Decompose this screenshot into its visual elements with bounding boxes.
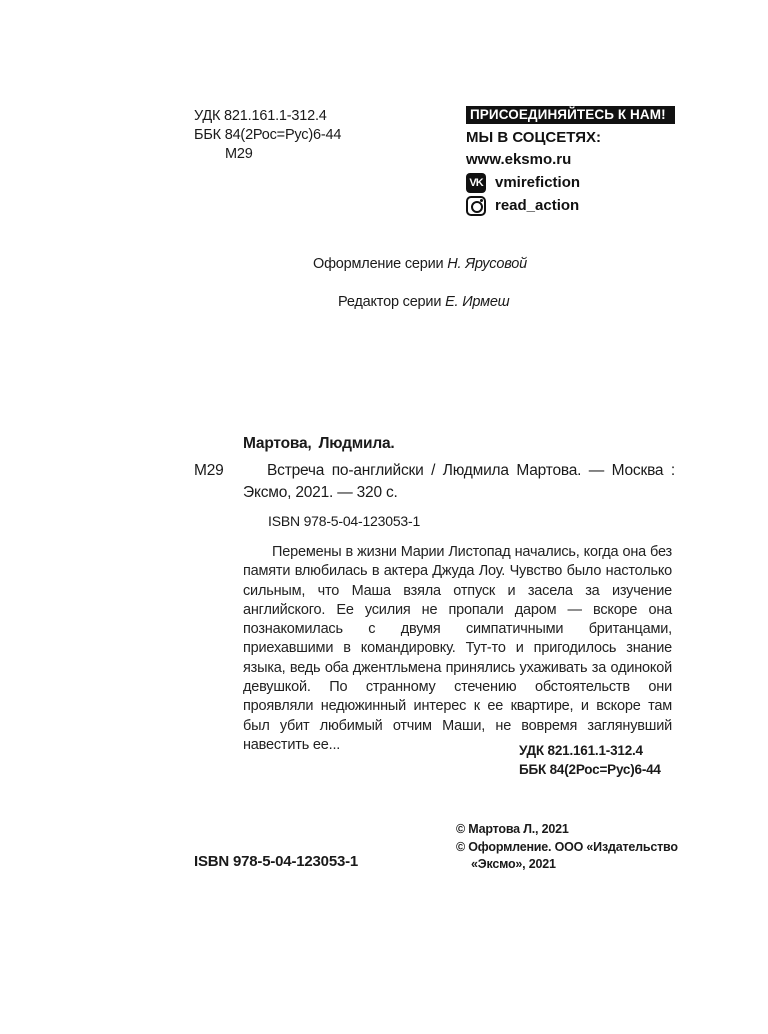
udk-code: УДК 821.161.1-312.4 [194, 107, 341, 126]
vk-icon: VK [466, 173, 486, 193]
bbk-code: ББК 84(2Рос=Рус)6-44 [194, 126, 341, 145]
series-editor-credit: Редактор серии Е. Ирмеш [338, 293, 510, 311]
series-design-credit: Оформление серии Н. Ярусовой [313, 255, 527, 273]
author-mark-bib: М29 [194, 460, 224, 482]
copyright-design: © Оформление. ООО «Издательство [456, 839, 678, 857]
bibliographic-description: Встреча по-английски / Людмила Мартова. … [243, 460, 675, 504]
social-link-instagram[interactable]: read_action [466, 194, 678, 217]
author-heading: Мартова, Людмила. [243, 434, 395, 454]
website-link[interactable]: www.eksmo.ru [466, 149, 678, 171]
design-name: Н. Ярусовой [447, 256, 527, 272]
copyright-author: © Мартова Л., 2021 [456, 821, 678, 839]
social-subtitle: МЫ В СОЦСЕТЯХ: [466, 127, 678, 149]
annotation: Перемены в жизни Марии Листопад начались… [243, 543, 672, 755]
instagram-icon [466, 196, 486, 216]
social-link-vk[interactable]: VK vmirefiction [466, 171, 678, 194]
editor-label: Редактор серии [338, 294, 441, 310]
bbk-code-bottom: ББК 84(2Рос=Рус)6-44 [519, 760, 661, 779]
classification-block-top: УДК 821.161.1-312.4 ББК 84(2Рос=Рус)6-44… [194, 107, 341, 164]
annotation-text: Перемены в жизни Марии Листопад начались… [243, 543, 672, 755]
instagram-handle[interactable]: read_action [495, 195, 579, 217]
vk-handle[interactable]: vmirefiction [495, 172, 580, 194]
udk-code-bottom: УДК 821.161.1-312.4 [519, 741, 661, 760]
classification-block-bottom: УДК 821.161.1-312.4 ББК 84(2Рос=Рус)6-44 [519, 741, 661, 779]
copyright-publisher: «Эксмо», 2021 [456, 856, 678, 874]
author-mark: М29 [194, 145, 341, 164]
social-block: ПРИСОЕДИНЯЙТЕСЬ К НАМ! МЫ В СОЦСЕТЯХ: ww… [466, 106, 678, 217]
copyright-block: © Мартова Л., 2021 © Оформление. ООО «Из… [456, 821, 678, 874]
design-label: Оформление серии [313, 256, 443, 272]
bib-title-line: Встреча по-английски / Людмила Мартова. … [243, 460, 675, 482]
bib-publisher-line: Эксмо, 2021. — 320 с. [243, 482, 675, 504]
isbn-footer: ISBN 978-5-04-123053-1 [194, 853, 358, 871]
isbn-record: ISBN 978-5-04-123053-1 [268, 512, 420, 530]
join-us-banner: ПРИСОЕДИНЯЙТЕСЬ К НАМ! [466, 106, 675, 124]
editor-name: Е. Ирмеш [445, 294, 509, 310]
